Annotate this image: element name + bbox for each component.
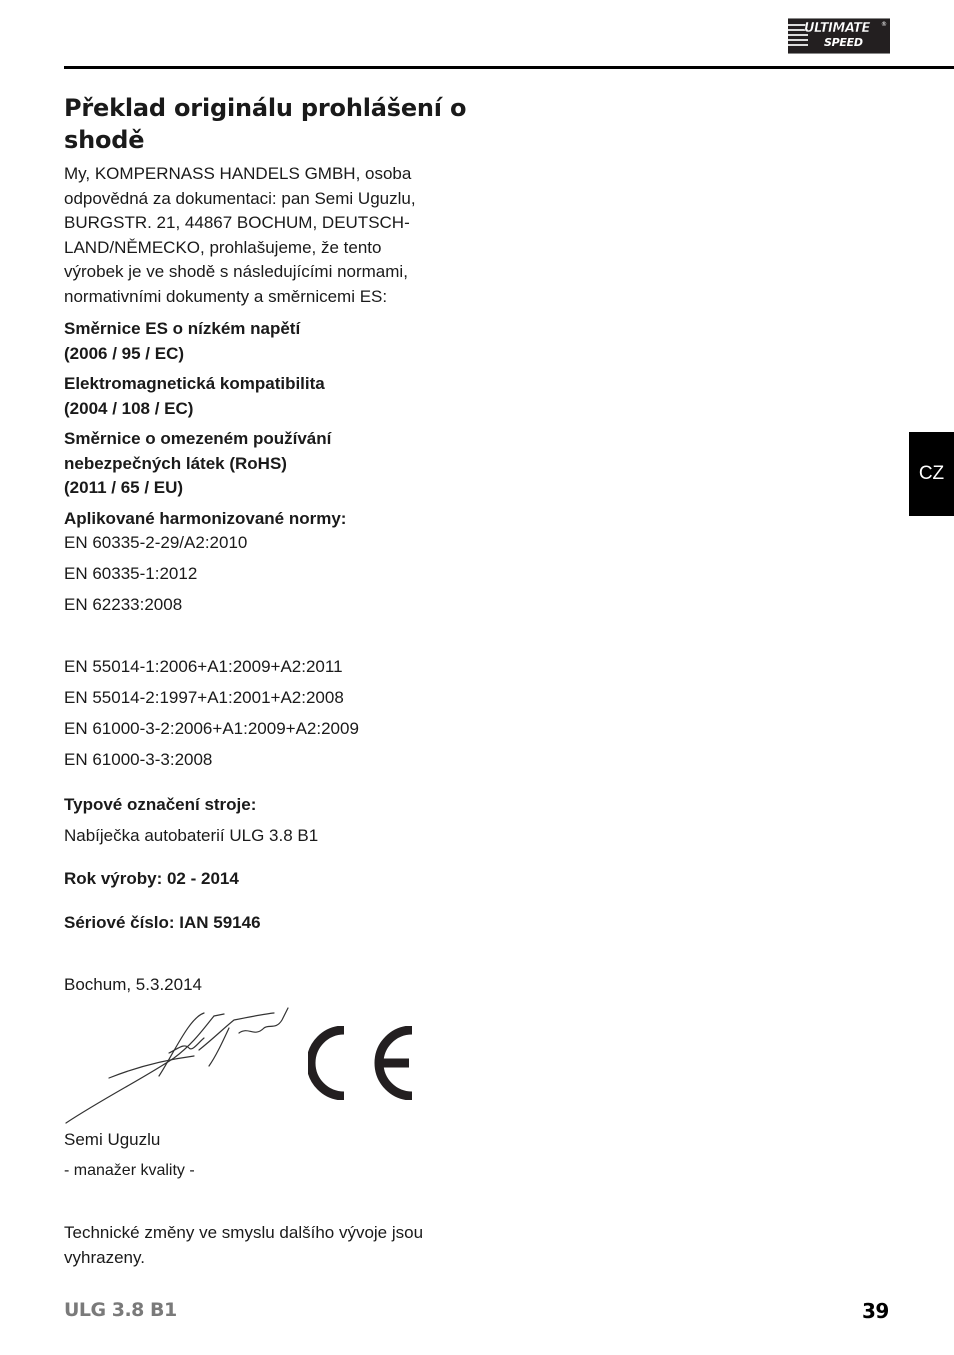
standard-item: EN 62233:2008	[64, 593, 444, 618]
place-date: Bochum, 5.3.2014	[64, 973, 444, 998]
language-tab-label: CZ	[919, 463, 944, 485]
standards-heading: Aplikované harmonizované normy:	[64, 507, 444, 532]
standard-item: EN 55014-2:1997+A1:2001+A2:2008	[64, 686, 444, 711]
logo-text-ultimate: ULTIMATE	[804, 21, 870, 36]
directive-code: (2006 / 95 / EC)	[64, 342, 444, 367]
disclaimer: Technické změny ve smyslu dalšího vývoje…	[64, 1221, 444, 1270]
registered-mark: ®	[881, 21, 887, 28]
directive-name: Směrnice o omezeném používání nebezpečný…	[64, 427, 444, 476]
type-value: Nabíječka autobaterií ULG 3.8 B1	[64, 824, 444, 849]
footer-model: ULG 3.8 B1	[64, 1299, 177, 1321]
ce-mark-icon	[308, 1026, 414, 1100]
declaration-body: Překlad originálu prohlášení o shodě My,…	[64, 92, 444, 1270]
ultimate-speed-logo: ULTIMATE SPEED ®	[788, 18, 890, 54]
directive-item: Směrnice o omezeném používání nebezpečný…	[64, 427, 444, 501]
directive-item: Elektromagnetická kompatibilita (2004 / …	[64, 372, 444, 421]
language-tab-cz: CZ	[909, 432, 954, 516]
directive-item: Směrnice ES o nízkém napětí (2006 / 95 /…	[64, 317, 444, 366]
type-heading: Typové označení stroje:	[64, 793, 444, 818]
serial-number: Sériové číslo: IAN 59146	[64, 911, 444, 936]
signatory-name: Semi Uguzlu	[64, 1128, 444, 1153]
page-number: 39	[862, 1299, 889, 1323]
directive-name: Elektromagnetická kompatibilita	[64, 372, 444, 397]
signatory-role: - manažer kvality -	[64, 1159, 444, 1184]
intro-paragraph: My, KOMPERNASS HANDELS GMBH, osoba odpov…	[64, 162, 444, 309]
directive-name: Směrnice ES o nízkém napětí	[64, 317, 444, 342]
standard-item: EN 61000-3-3:2008	[64, 748, 444, 773]
signature-image	[64, 998, 304, 1128]
directive-code: (2011 / 65 / EU)	[64, 476, 444, 501]
header-rule	[64, 66, 954, 69]
standard-item: EN 60335-1:2012	[64, 562, 444, 587]
standard-item: EN 60335-2-29/A2:2010	[64, 531, 444, 556]
standard-item: EN 61000-3-2:2006+A1:2009+A2:2009	[64, 717, 444, 742]
logo-text-speed: SPEED	[824, 36, 863, 49]
standard-item: EN 55014-1:2006+A1:2009+A2:2011	[64, 655, 444, 680]
page-title: Překlad originálu prohlášení o shodě	[64, 92, 484, 156]
spacer	[64, 618, 444, 649]
signature-block	[64, 998, 444, 1128]
directive-code: (2004 / 108 / EC)	[64, 397, 444, 422]
production-year: Rok výroby: 02 - 2014	[64, 867, 444, 892]
